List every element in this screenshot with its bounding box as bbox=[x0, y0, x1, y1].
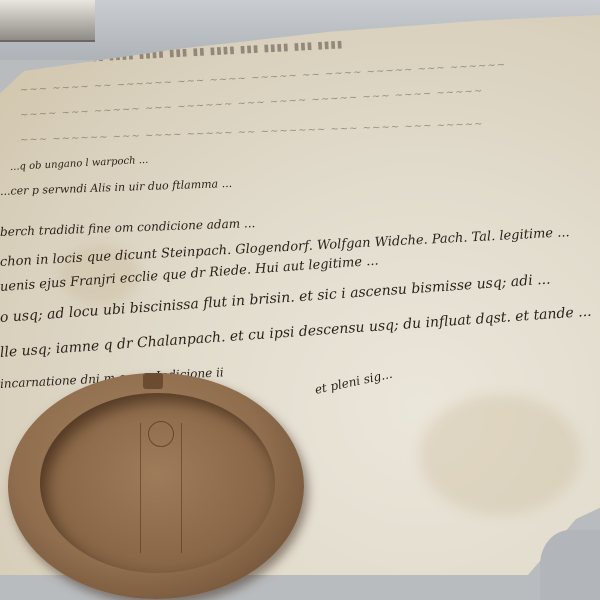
seal-figure bbox=[140, 423, 182, 553]
paper-stack bbox=[0, 0, 95, 42]
text-line: berch tradidit fine om condicione adam .… bbox=[0, 216, 256, 239]
background-corner bbox=[540, 530, 600, 600]
seal-impression bbox=[40, 393, 275, 573]
seal-notch bbox=[143, 373, 163, 389]
text-line: et pleni sig... bbox=[314, 367, 394, 397]
text-line: ...q ob ungano l warpoch ... bbox=[10, 155, 149, 173]
text-line: ...cer p serwndi Alis in uir duo ftlamma… bbox=[0, 177, 232, 198]
faint-line: ~~~ ~~~~~~ ~~~ ~~~~ ~~~~~ ~~ ~~~~~~~ ~~~… bbox=[20, 119, 484, 146]
stain bbox=[420, 395, 580, 515]
wax-seal bbox=[8, 373, 304, 599]
